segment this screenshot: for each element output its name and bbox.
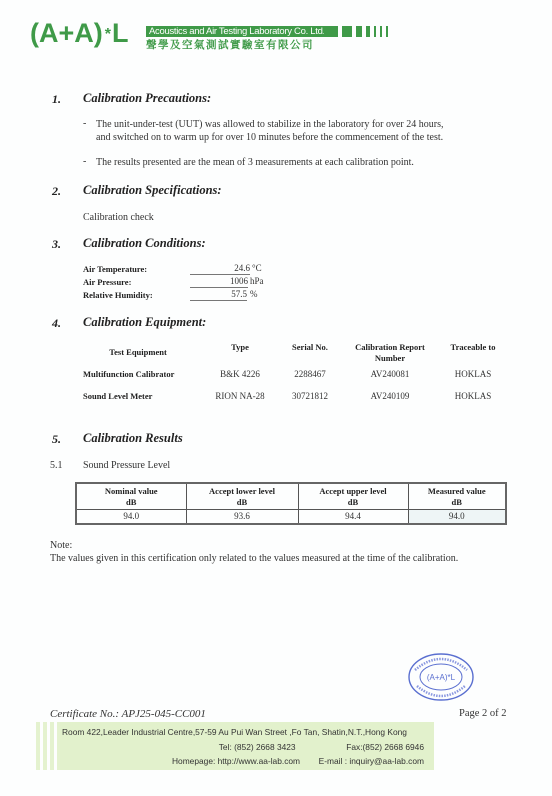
equipment-header-type: Type	[215, 342, 265, 353]
section-3-title: Calibration Conditions:	[83, 236, 206, 251]
logo-text-left: (A+A)	[30, 18, 103, 48]
results-header-measured: Measured valuedB	[408, 483, 506, 510]
footer-homepage-link[interactable]: Homepage: http://www.aa-lab.com	[172, 756, 300, 766]
equipment-serial: 30721812	[280, 391, 340, 401]
condition-unit-humidity: %	[250, 289, 258, 299]
equipment-header-number: Number	[340, 353, 440, 364]
equipment-header-serial-no: Serial No.	[280, 342, 340, 353]
precaution-2-line-1: The results presented are the mean of 3 …	[96, 156, 414, 169]
results-table: Nominal valuedB Accept lower leveldB Acc…	[75, 482, 507, 525]
equipment-header-calibration-report: Calibration Report	[340, 342, 440, 353]
footer-phone-fax: Tel: (852) 2668 3423 Fax:(852) 2668 6946	[219, 742, 424, 752]
condition-value-pressure: 1006	[190, 276, 248, 288]
results-header-lower: Accept lower leveldB	[186, 483, 298, 510]
company-logo: (A+A)*L	[30, 18, 128, 48]
section-2-number: 2.	[52, 184, 61, 199]
logo-star: *	[105, 26, 111, 43]
condition-unit-pressure: hPa	[250, 276, 264, 286]
equipment-name: Sound Level Meter	[83, 391, 152, 401]
section-1-number: 1.	[52, 92, 61, 107]
letterhead-bars-decoration	[324, 26, 388, 37]
stamp-text: (A+A)*L	[427, 673, 456, 682]
certificate-value: APJ25-045-CC001	[122, 708, 206, 720]
section-2-title: Calibration Specifications:	[83, 183, 222, 198]
section-4-number: 4.	[52, 316, 61, 331]
footer-address-bar: Room 422,Leader Industrial Centre,57-59 …	[60, 722, 434, 770]
section-1-title: Calibration Precautions:	[83, 91, 211, 106]
company-name-english: Acoustics and Air Testing Laboratory Co.…	[146, 26, 328, 37]
condition-label-pressure: Air Pressure:	[83, 277, 131, 287]
footer-web-email: Homepage: http://www.aa-lab.com E-mail :…	[172, 756, 424, 766]
section-5-title: Calibration Results	[83, 431, 183, 446]
equipment-type: RION NA-28	[205, 391, 275, 401]
equipment-type: B&K 4226	[205, 369, 275, 379]
results-measured-value: 94.0	[408, 510, 506, 524]
page-number: Page 2 of 2	[459, 708, 507, 719]
condition-label-humidity: Relative Humidity:	[83, 290, 153, 300]
equipment-traceable: HOKLAS	[438, 369, 508, 379]
equipment-traceable: HOKLAS	[438, 391, 508, 401]
equipment-report-number: AV240081	[340, 369, 440, 379]
footer-email-link[interactable]: E-mail : inquiry@aa-lab.com	[319, 756, 424, 766]
logo-text-right: L	[112, 18, 129, 48]
bullet-dash: -	[83, 156, 86, 167]
results-header-upper: Accept upper leveldB	[298, 483, 408, 510]
condition-label-temperature: Air Temperature:	[83, 264, 147, 274]
results-header-row: Nominal valuedB Accept lower leveldB Acc…	[76, 483, 506, 510]
results-nominal-value: 94.0	[76, 510, 186, 524]
precaution-1-line-1: The unit-under-test (UUT) was allowed to…	[96, 118, 443, 131]
company-name-chinese: 聲學及空氣測試實驗室有限公司	[146, 39, 314, 52]
equipment-name: Multifunction Calibrator	[83, 369, 174, 379]
equipment-header-test-equipment: Test Equipment	[83, 347, 193, 358]
subsection-title: Sound Pressure Level	[83, 459, 170, 472]
results-value-row: 94.0 93.6 94.4 94.0	[76, 510, 506, 524]
section-5-number: 5.	[52, 432, 61, 447]
footer-tel: Tel: (852) 2668 3423	[219, 742, 296, 752]
results-upper-value: 94.4	[298, 510, 408, 524]
bullet-dash: -	[83, 118, 86, 129]
section-3-number: 3.	[52, 237, 61, 252]
note-text: The values given in this certification o…	[50, 552, 492, 565]
footer-fax: Fax:(852) 2668 6946	[346, 742, 424, 752]
note-label: Note:	[50, 540, 72, 551]
subsection-number: 5.1	[50, 459, 63, 472]
equipment-report-number: AV240109	[340, 391, 440, 401]
footer-address: Room 422,Leader Industrial Centre,57-59 …	[60, 727, 407, 737]
equipment-serial: 2288467	[280, 369, 340, 379]
company-stamp-icon: (A+A)*L	[407, 652, 475, 702]
results-header-nominal: Nominal valuedB	[76, 483, 186, 510]
results-lower-value: 93.6	[186, 510, 298, 524]
section-4-title: Calibration Equipment:	[83, 315, 206, 330]
condition-value-temperature: 24.6	[190, 263, 250, 275]
condition-value-humidity: 57.5	[190, 289, 247, 301]
equipment-header-traceable-to: Traceable to	[438, 342, 508, 353]
certificate-number: Certificate No.: APJ25-045-CC001	[50, 708, 206, 720]
certificate-page: (A+A)*L Acoustics and Air Testing Labora…	[0, 0, 552, 796]
precaution-1-line-2: and switched on to warm up for over 10 m…	[96, 131, 443, 144]
specification-text: Calibration check	[83, 211, 154, 224]
certificate-label: Certificate No.:	[50, 708, 119, 720]
condition-unit-temperature: °C	[252, 263, 262, 273]
